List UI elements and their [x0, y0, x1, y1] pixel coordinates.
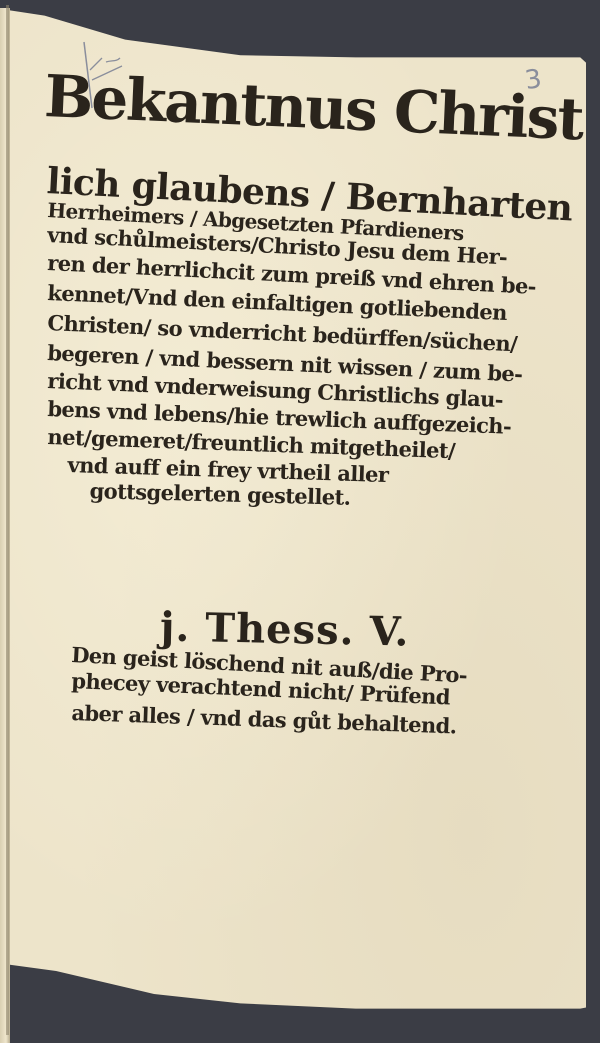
title-heading: Bekantnus Christ: [43, 62, 584, 153]
gutter-shadow: [6, 5, 9, 1035]
book-page: 3 Bekantnus Christ lich glaubens / Bernh…: [10, 0, 586, 1043]
